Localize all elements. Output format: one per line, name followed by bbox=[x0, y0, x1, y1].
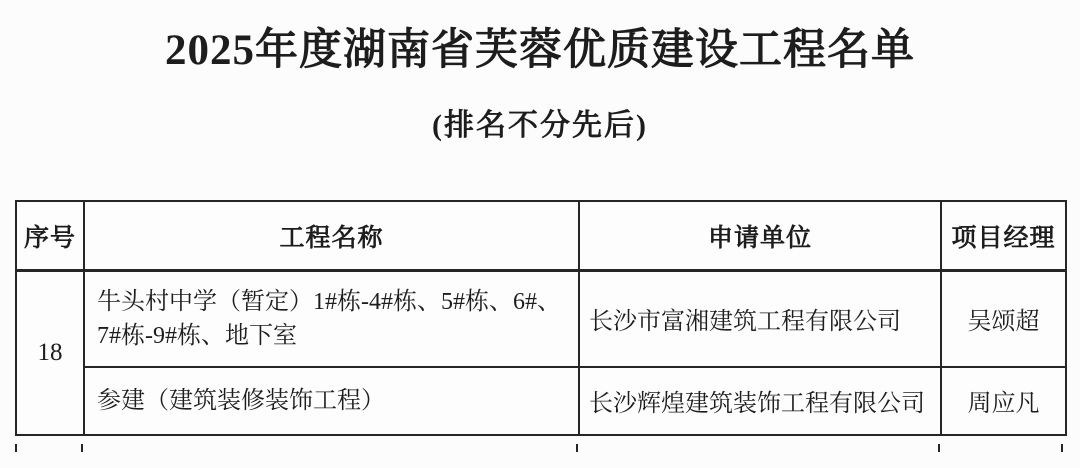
column-header-project-name: 工程名称 bbox=[84, 201, 579, 271]
table-row: 18 牛头村中学（暂定）1#栋-4#栋、5#栋、6#、 7#栋-9#栋、地下室 … bbox=[16, 271, 1066, 367]
table-border-stub bbox=[15, 444, 17, 452]
project-name-line: 7#栋-9#栋、地下室 bbox=[97, 319, 572, 353]
column-header-project-manager: 项目经理 bbox=[941, 201, 1066, 271]
applicant-unit-cell: 长沙市富湘建筑工程有限公司 bbox=[579, 271, 941, 367]
column-header-serial: 序号 bbox=[16, 201, 84, 271]
project-manager-cell: 吴颂超 bbox=[941, 271, 1066, 367]
project-name-cell: 参建（建筑装修装饰工程） bbox=[84, 367, 579, 435]
document-subtitle: (排名不分先后) bbox=[0, 100, 1080, 144]
table-border-stub bbox=[1061, 444, 1063, 452]
table-border-stub bbox=[938, 444, 940, 452]
applicant-unit-cell: 长沙辉煌建筑装饰工程有限公司 bbox=[579, 367, 941, 435]
project-manager-cell: 周应凡 bbox=[941, 367, 1066, 435]
document-page: 2025年度湖南省芙蓉优质建设工程名单 (排名不分先后) 序号 工程名称 申请单… bbox=[0, 0, 1080, 468]
table-header-row: 序号 工程名称 申请单位 项目经理 bbox=[16, 201, 1066, 271]
award-table: 序号 工程名称 申请单位 项目经理 18 牛头村中学（暂定）1#栋-4#栋、5#… bbox=[15, 200, 1067, 436]
serial-number-cell: 18 bbox=[16, 271, 84, 435]
table-border-stub bbox=[576, 444, 578, 452]
column-header-applicant-unit: 申请单位 bbox=[579, 201, 941, 271]
project-name-cell: 牛头村中学（暂定）1#栋-4#栋、5#栋、6#、 7#栋-9#栋、地下室 bbox=[84, 271, 579, 367]
table-row: 参建（建筑装修装饰工程） 长沙辉煌建筑装饰工程有限公司 周应凡 bbox=[16, 367, 1066, 435]
project-name-line: 牛头村中学（暂定）1#栋-4#栋、5#栋、6#、 bbox=[97, 285, 572, 319]
table-border-stub bbox=[81, 444, 83, 452]
document-title: 2025年度湖南省芙蓉优质建设工程名单 bbox=[0, 16, 1080, 77]
